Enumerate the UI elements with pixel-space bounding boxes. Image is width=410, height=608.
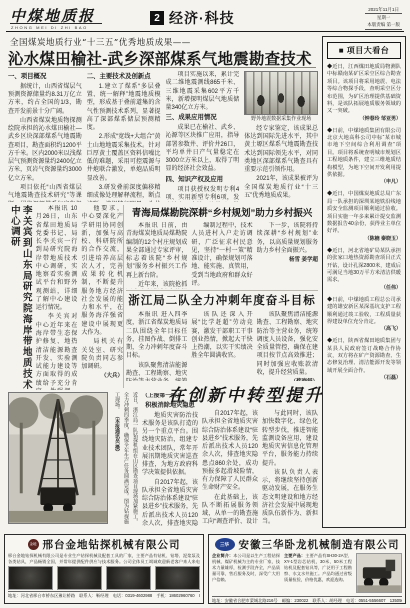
body-paragraph: 2021年，该成果被评为全国煤炭地质行业“十三五”优秀地质成果。 (244, 175, 318, 200)
body-paragraph: 该队聚焦清洁能源勘查、工程勘察、地灾防治等主营业务，统筹调度人员设备，强化安全质… (257, 311, 318, 377)
sidebar-project-showcase: ■ 项目大看台 ◆近日，江西煤田地质局物测队中标赣南某矿区采空区综合勘查项目。该… (322, 36, 406, 528)
body-paragraph: 本报讯 进入四季度，浙江省煤炭地质局二队围绕全年目标任务，挂图作战、倒排工期，全… (126, 311, 187, 361)
body-paragraph: 本报讯 日前，由青海煤炭地质局煤勘院编制的12个村庄规划成果全部通过专家评审，标… (126, 222, 187, 280)
page-number-badge: 2 (150, 11, 164, 25)
header-rule (6, 31, 404, 32)
date-block: 2021年11月1日 星期一 本版责编 第一版 (365, 6, 402, 30)
body-paragraph: 山西省煤炭地质物探测绘院承担的沁水煤田榆社—武乡区块深部煤系气地震勘查项目，勘查… (8, 117, 82, 183)
continuation-subhead: 积极消除地灾隐患 (142, 402, 198, 411)
edition-line: 本版责编 第一版 (365, 21, 402, 29)
field-survey-photo (244, 71, 318, 115)
product-photo-drill-tools (57, 566, 102, 590)
article-column: 编制过程中，技术人员进村入户走访调研，广泛征求村民意见，坚持“一村一策”精准设计… (191, 222, 252, 289)
sidebar-item-signoff: （陈楠 秦晓玉） (327, 236, 401, 243)
section-title: 经济·科技 (169, 8, 235, 28)
left-article-byline: （大兵） (81, 373, 123, 381)
ad-intro-label: 企业简介： (212, 553, 233, 558)
sidebar-item-signoff: （任伟） (327, 285, 401, 292)
left-article-column-1: 本报讯 10月26日，山东省煤田地质局党委书记、局长李关宾一行到局研究院海岸带地… (36, 205, 78, 390)
article-column: （上接第一版） 积极消除地灾隐患 地质灾害防治技术服务是该队打造的另一个重点平台… (142, 393, 198, 526)
body-paragraph: 李关宾对中心近年来在海岸带生态保护修复、地热清洁能源勘查开发、实验测试能力建设等… (36, 313, 78, 390)
sidebar-item-signoff: （钟春玲 邹亚男） (327, 116, 401, 123)
ad-contact-line: 地址：河北省邢台市桥东区豫让桥路 联系人：靳经理 电话：0319-4602988… (8, 591, 200, 599)
company-seal-icon: 金地 (28, 539, 39, 550)
product-photos-row (8, 566, 200, 590)
article-column: 本报讯 日前，由青海煤炭地质局煤勘院编制的12个村庄规划成果全部通过专家评审，标… (126, 222, 187, 289)
body-paragraph: 编制过程中，技术人员进村入户走访调研，广泛征求村民意见，坚持“一村一策”精准设计… (191, 222, 252, 288)
drilling-rig-illustration (9, 393, 107, 523)
product-photo-drill-tower (155, 566, 200, 590)
body-paragraph: 该队聚焦清洁能源勘查、工程勘察、地灾防治等主营业务，统筹调度人员设备，强化安全质… (126, 362, 187, 381)
sidebar-item-signoff: （高飞） (327, 326, 401, 333)
mid-article-qinghai-headline: 青海局煤勘院深耕“乡村规划”助力乡村振兴 (126, 205, 318, 219)
masthead-rule (10, 23, 102, 24)
article-column: 该队聚焦清洁能源勘查、工程勘察、地灾防治等主营业务，统筹调度人员设备，强化安全质… (257, 311, 318, 381)
lead-section-heading-2: 二、主要技术及创新点 (87, 73, 161, 82)
lead-article-body: 一、项目概况 据统计，山西省煤层气预测资源储量约8.31万亿立方米，约占全国的1… (8, 71, 318, 202)
lead-column-3: 项目实施以来，累计完成二维地震测线865千米、三维地震采集602平方千米，新增探… (166, 71, 240, 202)
sidebar-news-item: ◆近日，江西煤田地质局物测队中标赣南某矿区采空区综合勘查项目。该项目将采用地震、… (327, 64, 401, 123)
body-paragraph: 本报讯 10月26日，山东省煤田地质局党委书记、局长李关宾一行到局研究院海岸带地… (36, 205, 78, 312)
lead-section-heading-1: 一、项目概况 (8, 73, 82, 82)
left-article: 李关宾到山东局研究院海岸带地质技术中心调研 本报讯 10月26日，山东省煤田地质… (8, 205, 123, 390)
body-paragraph: 1.建立了煤系“多层叠置、统一解释”地震地质模型，形成基于叠前道集的含气性预测技… (87, 83, 161, 133)
body-paragraph: 经专家鉴定，该成果总体达到国际先进水平，其中黄土塬区煤系气地震勘查技术达到国际领… (244, 125, 318, 175)
sidebar-item-text: ◆近日，河北省地矿局某队承担的张家口地热资源勘查项目正式开钻，设计孔深2800米… (327, 248, 401, 285)
lead-column-2: 二、主要技术及创新点 1.建立了煤系“多层叠置、统一解释”地震地质模型，形成基于… (87, 71, 161, 202)
sidebar-item-signoff: （石磊） (327, 375, 401, 382)
page-section-header: 2 经济·科技 (150, 8, 235, 28)
lead-section-heading-4: 四、知识产权及应用 (166, 176, 240, 185)
continued-from-note: （上接第一版） (142, 393, 198, 401)
body-paragraph: 下一步，该院将持续深耕“乡村规划”业务，以高质量规划服务助力乡村全面振兴。 (257, 222, 318, 255)
article-column: 自2017年起，该队承担全省地质灾害综合防治体系建设“驻县进乡”技术服务，先后派… (202, 393, 258, 526)
ad-header: 金地 邢台金地钻探机械有限公司 (8, 537, 200, 552)
masthead-pinyin: ZHONG MEI DI ZHI BAO (11, 25, 88, 30)
body-paragraph: 他要求，中心要深化产学研用协同创新，加强与高校、科研院所的合作交流，引进培养高层… (81, 205, 123, 337)
sidebar-news-item: ◆近日，河北省地矿局某队承担的张家口地热资源勘查项目正式开钻，设计孔深2800米… (327, 248, 401, 292)
ad-company-name: 邢台金地钻探机械有限公司 (43, 537, 181, 552)
left-article-vertical-headline: 李关宾到山东局研究院海岸带地质技术中心调研 (8, 205, 32, 390)
sidebar-news-item: ◆日前，中煤地质工程总公司承建的雄安新区某深基坑支护工程顺利通过竣工验收，工程质… (327, 297, 401, 334)
body-paragraph: 成果已在榆社、武乡、沁源等区块推广应用，指导部署参数井、评价井26口，平均单井日… (166, 124, 240, 174)
sidebar-item-text: ◆日前，中煤地质集团有限公司北京大地高科公司中标“某市城市地下空间综合利用调查”… (327, 128, 401, 180)
body-paragraph: 项目依托“山西省煤层气地震勘查技术研究”等课题，围绕深部煤系气富集规律开展联合攻… (8, 184, 82, 202)
rig-photo-caption-text: 近日，浙江局一队钻探机组在山区勘查项目现场加紧施工，全力冲刺四季度，确保全年生产… (114, 392, 138, 524)
sidebar-item-text: ◆日前，中煤地质工程总公司承建的雄安新区某深基坑支护工程顺利通过竣工验收，工程质… (327, 297, 401, 327)
rig-photo-vertical-caption: 近日，浙江局一队钻探机组在山区勘查项目现场加紧施工，全力冲刺四季度，确保全年生产… (112, 392, 139, 524)
ad-company-name: 安徽三华卧龙机械制造有限公司 (239, 537, 400, 552)
sidebar-news-item: ◆近日，陕西省煤田地质集团与某县人民政府签订战略合作协议，双方将在矿产资源勘查、… (327, 338, 401, 382)
article-column: 与此同时，该队加快数字化、绿色化转型步伐，推进智能监测设备应用，建设地质灾害信息… (262, 393, 318, 526)
ad-body: 企业简介：本公司是以生产工程钻探机械、煤矿机械为主的专业厂家，技术力量雄厚，检测… (212, 553, 402, 595)
sidebar-news-item: ◆近日，中国煤炭地质总局广东局一队承担的深圳某地铁沿线地质安全监测项目顺利通过验… (327, 191, 401, 242)
date-line: 2021年11月1日 (365, 6, 402, 14)
ad-contact-line: 地址：安徽省合肥市蒙城北路216号 邮编：230022 联系人：胡经理 电话：0… (212, 596, 402, 604)
mid-article-zhejiang-body: 本报讯 进入四季度，浙江省煤炭地质局二队围绕全年目标任务，挂图作战、倒排工期，全… (126, 311, 318, 381)
company-logo-icon: 三华 (215, 538, 235, 551)
continuation-article-body: （上接第一版） 积极消除地灾隐患 地质灾害防治技术服务是该队打造的另一个重点平台… (142, 393, 318, 526)
weekday-line: 星期一 (365, 14, 402, 21)
sidebar-item-text: ◆近日，陕西省煤田地质集团与某县人民政府签订战略合作协议，双方将在矿产资源勘查、… (327, 338, 401, 375)
sidebar-title: ■ 项目大看台 (327, 42, 401, 59)
body-paragraph: 该队负责人表示，将继续坚持创新驱动发展，在服务生态文明建设和地方经济社会发展中展… (262, 469, 318, 526)
column-divider (123, 205, 124, 388)
mid-article-qinghai-body: 本报讯 日前，由青海煤炭地质局煤勘院编制的12个村庄规划成果全部通过专家评审，标… (126, 222, 318, 289)
body-paragraph: 自2017年起，该队承担全省地质灾害综合防治体系建设“驻县进乡”技术服务，先后派… (202, 410, 258, 493)
article-divider (126, 290, 318, 291)
left-article-column-2: 他要求，中心要深化产学研用协同创新，加强与高校、科研院所的合作交流，引进培养高层… (81, 205, 123, 390)
ad-xingtai-jindi: 金地 邢台金地钻探机械有限公司 邢台金地钻探机械有限公司是专业生产钻探机械及配套… (4, 534, 204, 604)
body-paragraph: 3.研发叠前深度偏移精细成像处理解释流程，断点清晰、波组特征明显，为井位部署提供… (87, 184, 161, 202)
lead-section-heading-3: 三、成果应用情况 (166, 114, 240, 123)
ad-header: 三华 安徽三华卧龙机械制造有限公司 (212, 537, 402, 552)
ad-anhui-sanhua: 三华 安徽三华卧龙机械制造有限公司 企业简介：本公司是以生产工程钻探机械、煤矿机… (208, 534, 406, 604)
ad-intro-text: 邢台金地钻探机械有限公司是专业生产钻探机械及配套工具的厂家，主要产品有钻机、钻塔… (8, 553, 200, 565)
product-photo-mud-pump (106, 566, 151, 590)
mid-article-zhejiang: 浙江局二队全力冲刺年度奋斗目标 本报讯 进入四季度，浙江省煤炭地质局二队围绕全年… (126, 292, 318, 388)
machine-illustration (357, 554, 401, 592)
lead-headline: 沁水煤田榆社-武乡深部煤系气地震勘查技术 (8, 47, 316, 69)
lead-headline-rule (8, 67, 316, 68)
sidebar-item-text: ◆近日，江西煤田地质局物测队中标赣南某矿区采空区综合勘查项目。该项目将采用地震、… (327, 64, 401, 116)
product-photo-drill-rig (8, 566, 53, 590)
lead-photo-caption: 野外地震数据采集作业现场 (244, 116, 318, 123)
body-paragraph: 在此基础上，该队不断拓展服务领域，从单一的勘查施工向“调查评价、设计施工、监测预… (202, 494, 258, 526)
ad-intro-column: 企业简介：本公司是以生产工程钻探机械、煤矿机械为主的专业厂家，技术力量雄厚，检测… (212, 553, 280, 595)
mid-article-zhejiang-headline: 浙江局二队全力冲刺年度奋斗目标 (126, 292, 318, 308)
rig-photo-credit: （本报通讯员 摄） (114, 413, 120, 454)
body-paragraph: 近年来，该院抢抓国土空间规划改革机遇，组建专业技术团队，先后承担海东市、黄南州等… (126, 281, 187, 289)
article-column: 本报讯 进入四季度，浙江省煤炭地质局二队围绕全年目标任务，挂图作战、倒排工期，全… (126, 311, 187, 381)
body-paragraph: 2.形成“宽线+大组合”黄土山地地震采集技术。针对巨厚黄土覆盖区资料信噪比低的难… (87, 133, 161, 183)
ad-products-label: 主要产品： (284, 553, 305, 558)
article-column: 该队还深入开展“比学赶超”劳动竞赛，激发干部职工干事创业热情，掀起大干快上热潮，… (191, 311, 252, 381)
body-paragraph: 据统计，山西省煤层气预测资源储量约8.31万亿立方米，约占全国的1/3，勘查开发… (8, 83, 82, 116)
sidebar-news-item: ◆日前，中煤地质集团有限公司北京大地高科公司中标“某市城市地下空间综合利用调查”… (327, 128, 401, 187)
body-paragraph: 项目获授权发明专利4项、实用新型专利6项，发表论文20余篇，培养了一批深部煤系气… (166, 186, 240, 202)
ad-products-column: 主要产品：主要产品有SH30-2A型、XY-1型岩芯钻机，30米、50米工程钻机… (284, 553, 352, 595)
sidebar-item-text: ◆近日，中国煤炭地质总局广东局一队承担的深圳某地铁沿线地质安全监测项目顺利通过验… (327, 191, 401, 235)
body-paragraph: 自2017年起，该队承担全省地质灾害综合防治体系建设“驻县进乡”技术服务，先后派… (142, 479, 198, 526)
mid-article-qinghai: 青海局煤勘院深耕“乡村规划”助力乡村振兴 本报讯 日前，由青海煤炭地质局煤勘院编… (126, 205, 318, 289)
mid-article-qinghai-byline: 杨雪 姜学超 (257, 257, 318, 265)
body-paragraph: 项目实施以来，累计完成二维地震测线865千米、三维地震采集602平方千米，新增探… (166, 71, 240, 112)
lead-column-1: 一、项目概况 据统计，山西省煤层气预测资源储量约8.31万亿立方米，约占全国的1… (8, 71, 82, 202)
body-paragraph: 局机关有关处室、研究院负责同志参加调研。 (81, 338, 123, 371)
body-paragraph: 与此同时，该队加快数字化、绿色化转型步伐，推进智能监测设备应用，建设地质灾害信息… (262, 410, 318, 468)
sidebar-item-signoff: （申凡） (327, 179, 401, 186)
newspaper-page: 中煤地质报 ZHONG MEI DI ZHI BAO 2 经济·科技 2021年… (0, 0, 410, 608)
lead-column-4: 野外地震数据采集作业现场 经专家鉴定，该成果总体达到国际先进水平，其中黄土塬区煤… (244, 71, 318, 202)
machine-product-photo (356, 553, 402, 593)
article-column: 下一步，该院将持续深耕“乡村规划”业务，以高质量规划服务助力乡村全面振兴。 杨雪… (257, 222, 318, 289)
body-paragraph: 地质灾害防治技术服务是该队打造的另一个重点平台。围绕地灾防治，组建专业技术团队，… (142, 412, 198, 478)
drilling-rig-photo (8, 392, 108, 524)
body-paragraph: 该队还深入开展“比学赶超”劳动竞赛，激发干部职工干事创业热情，掀起大干快上热潮，… (191, 311, 252, 361)
